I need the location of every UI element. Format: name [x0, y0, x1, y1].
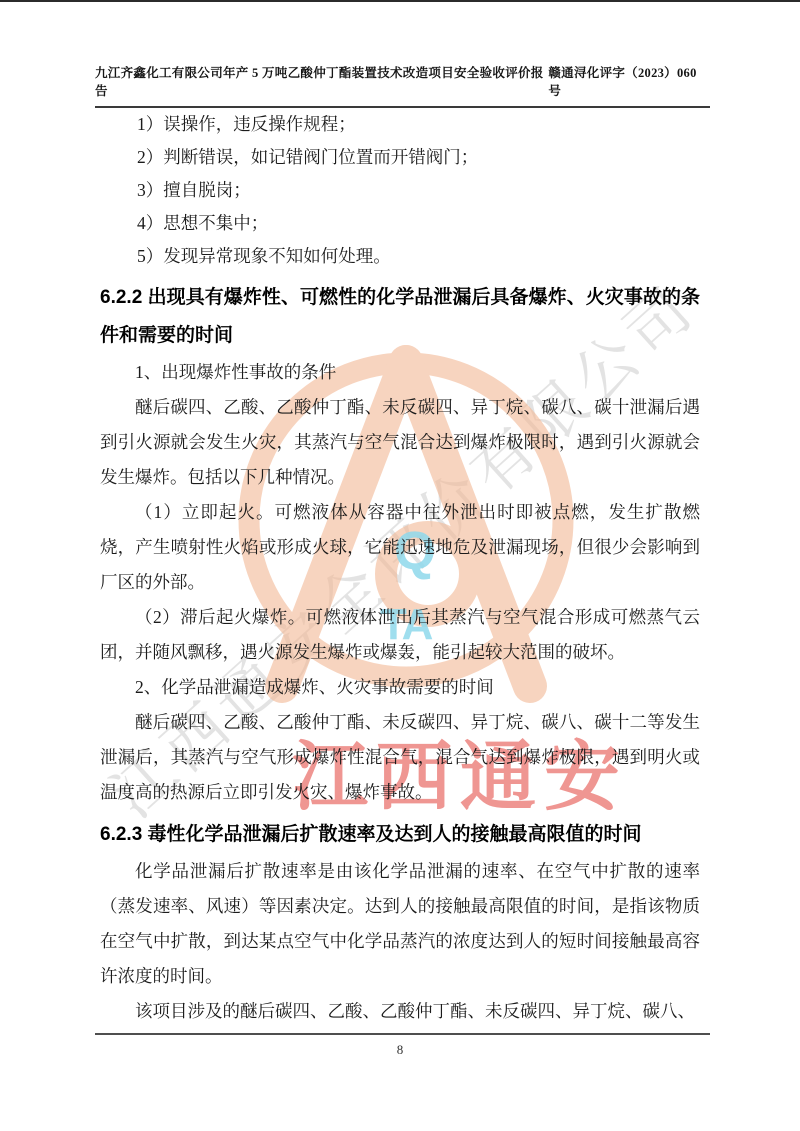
- page-header: 九江齐鑫化工有限公司年产 5 万吨乙酸仲丁酯装置技术改造项目安全验收评价报告 赣…: [95, 63, 710, 108]
- paragraph: 醚后碳四、乙酸、乙酸仲丁酯、未反碳四、异丁烷、碳八、碳十泄漏后遇到引火源就会发生…: [100, 390, 700, 495]
- list-item: 4）思想不集中；: [100, 207, 700, 240]
- paragraph: 化学品泄漏后扩散速率是由该化学品泄漏的速率、在空气中扩散的速率（蒸发速率、风速）…: [100, 854, 700, 994]
- list-item: 5）发现异常现象不知如何处理。: [100, 240, 700, 273]
- document-page: 江西通安全评价有限公司 Q TA 江西通安 九江齐鑫化工有限公司年产 5 万吨乙…: [0, 0, 800, 1131]
- paragraph: （1）立即起火。可燃液体从容器中往外泄出时即被点燃，发生扩散燃烧，产生喷射性火焰…: [100, 495, 700, 600]
- header-report-title: 九江齐鑫化工有限公司年产 5 万吨乙酸仲丁酯装置技术改造项目安全验收评价报告: [95, 63, 548, 99]
- section-heading-623: 6.2.3 毒性化学品泄漏后扩散速率及达到人的接触最高限值的时间: [100, 816, 700, 854]
- paragraph: 2、化学品泄漏造成爆炸、火灾事故需要的时间: [100, 670, 700, 705]
- paragraph: 该项目涉及的醚后碳四、乙酸、乙酸仲丁酯、未反碳四、异丁烷、碳八、: [100, 994, 700, 1029]
- section-heading-622: 6.2.2 出现具有爆炸性、可燃性的化学品泄漏后具备爆炸、火灾事故的条件和需要的…: [100, 279, 700, 355]
- document-content: 1）误操作，违反操作规程； 2）判断错误，如记错阀门位置而开错阀门； 3）擅自脱…: [100, 108, 700, 1029]
- header-document-number: 赣通浔化评字（2023）060 号: [548, 63, 710, 99]
- page-number: 8: [0, 1042, 800, 1058]
- list-item: 1）误操作，违反操作规程；: [100, 108, 700, 141]
- list-item: 3）擅自脱岗；: [100, 174, 700, 207]
- paragraph: 1、出现爆炸性事故的条件: [100, 355, 700, 390]
- paragraph: （2）滞后起火爆炸。可燃液体泄出后其蒸汽与空气混合形成可燃蒸气云团，并随风飘移，…: [100, 600, 700, 670]
- paragraph: 醚后碳四、乙酸、乙酸仲丁酯、未反碳四、异丁烷、碳八、碳十二等发生泄漏后，其蒸汽与…: [100, 705, 700, 810]
- footer-divider: [95, 1033, 710, 1035]
- list-item: 2）判断错误，如记错阀门位置而开错阀门；: [100, 141, 700, 174]
